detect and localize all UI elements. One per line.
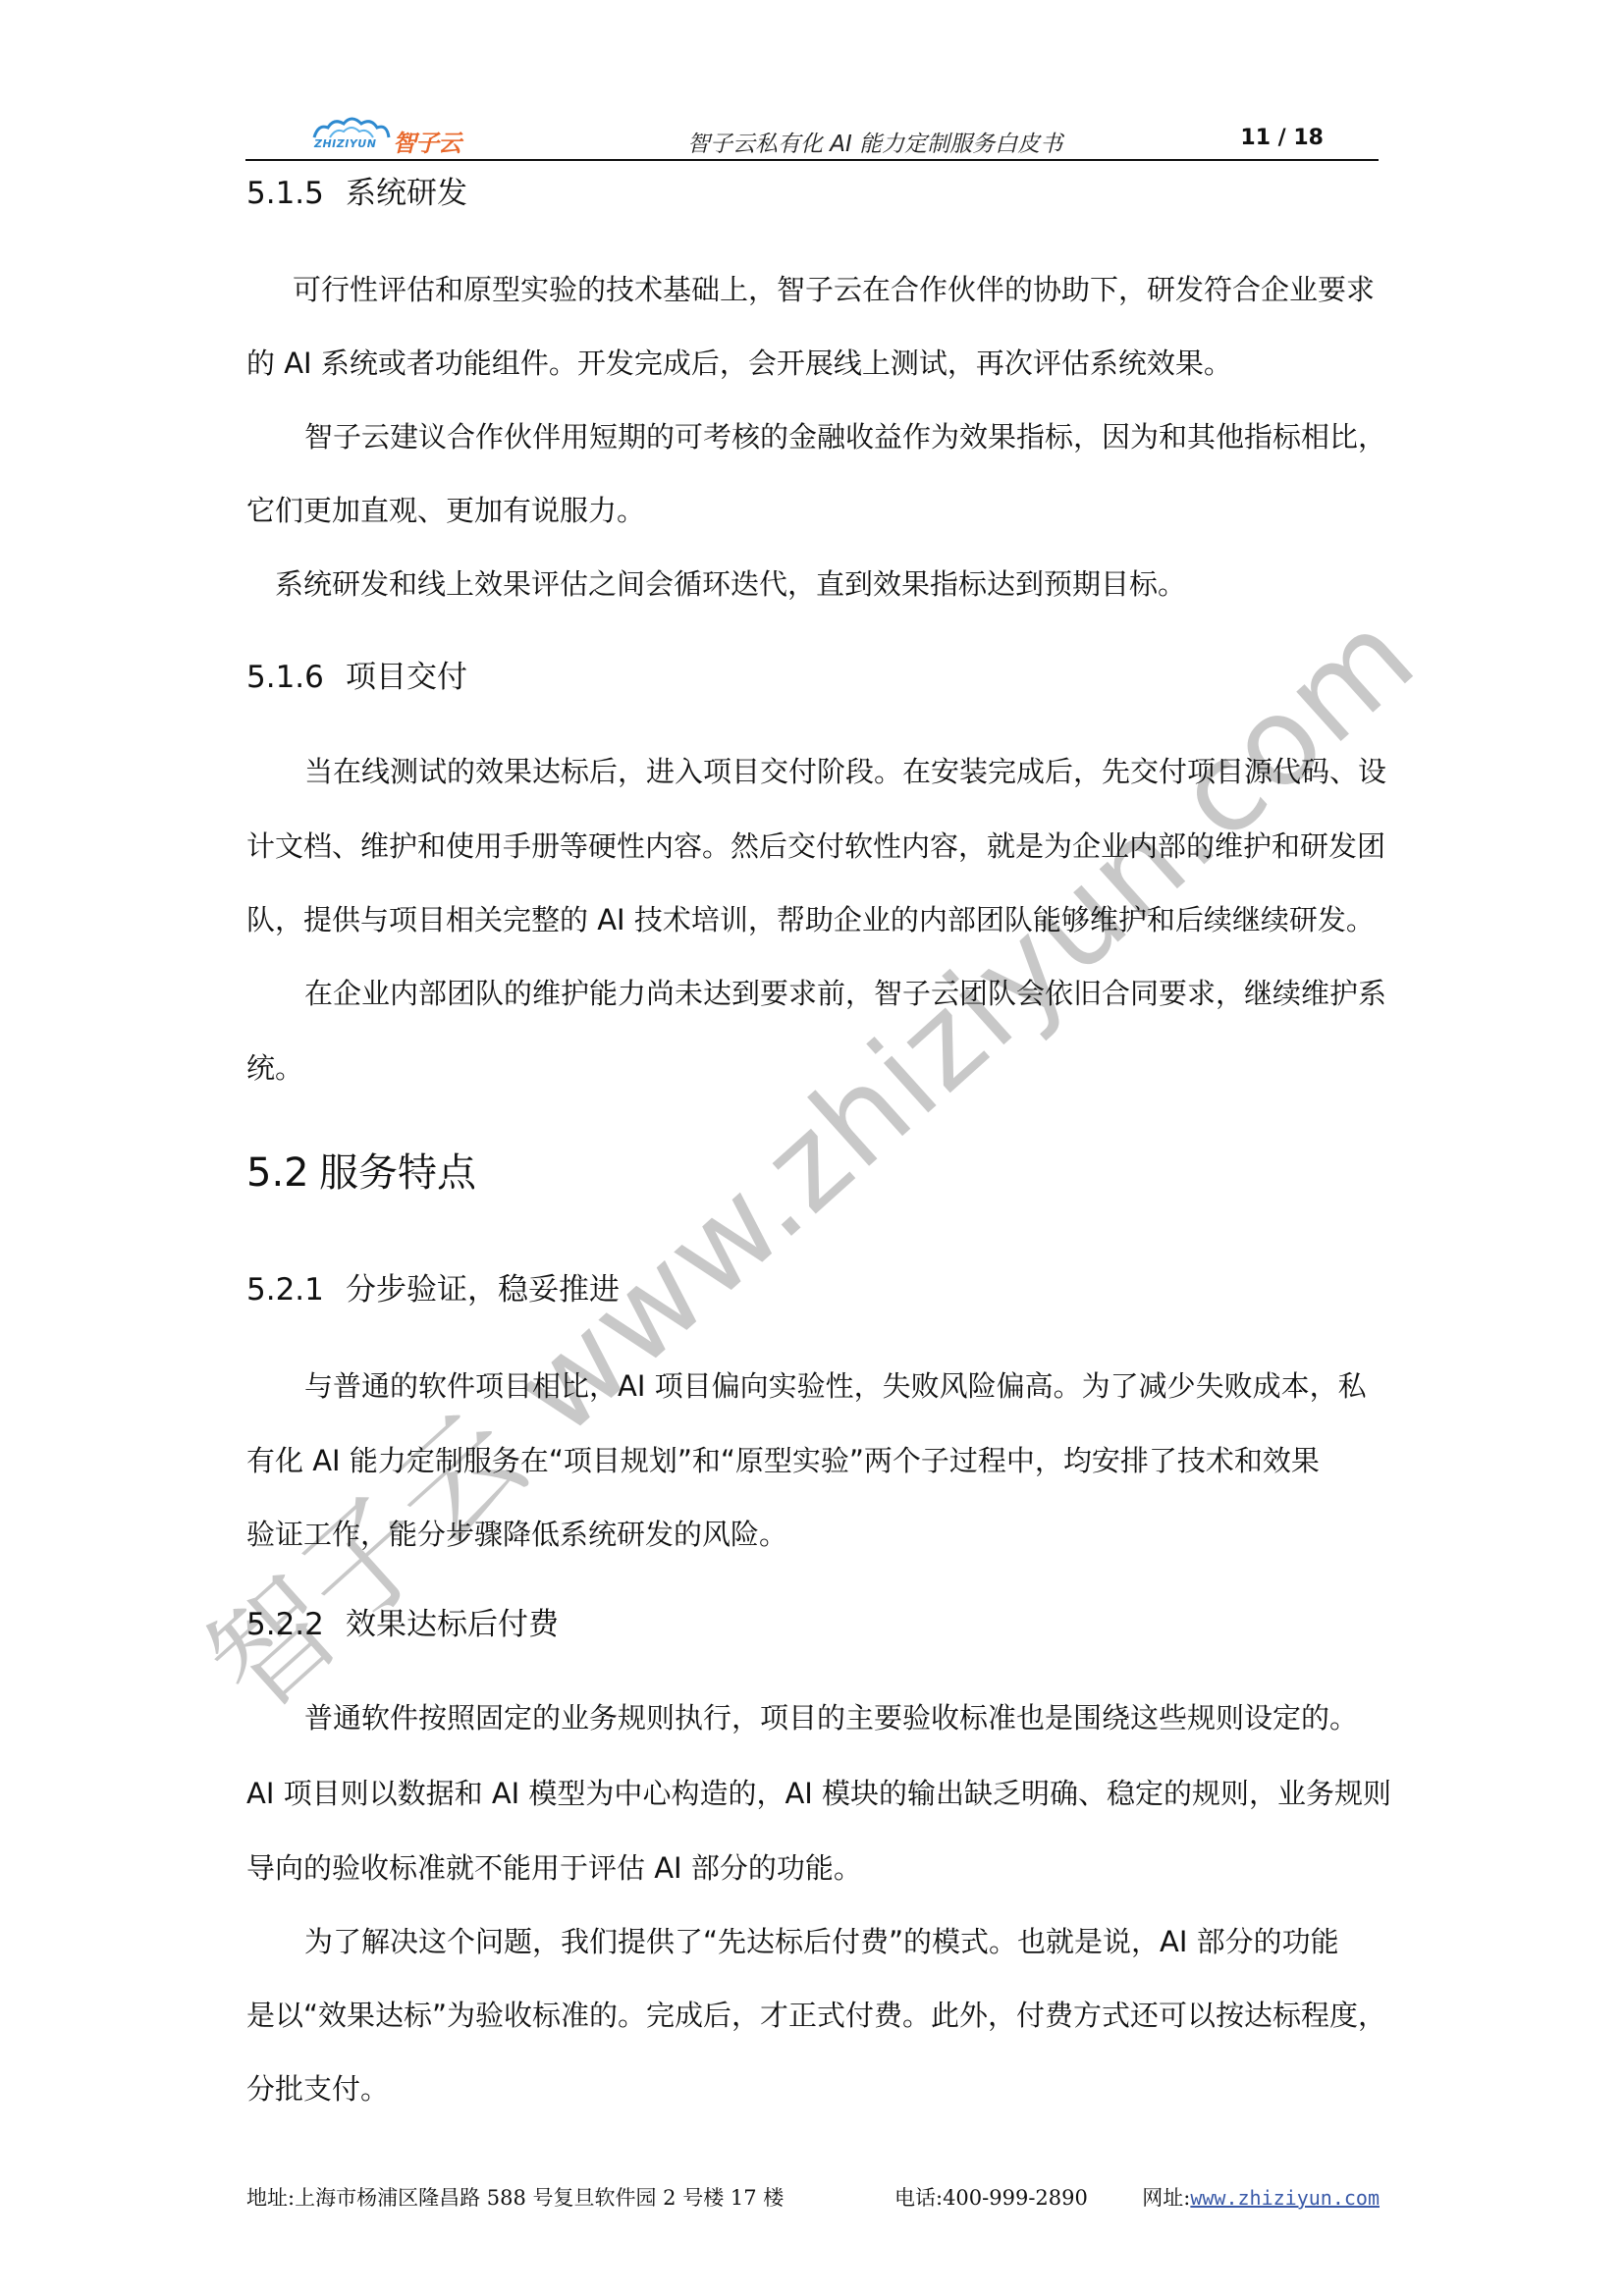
paragraph-line: 的 AI 系统或者功能组件。开发完成后，会开展线上测试，再次评估系统效果。 (246, 346, 1232, 381)
paragraph-line: 在企业内部团队的维护能力尚未达到要求前，智子云团队会依旧合同要求，继续维护系 (304, 976, 1386, 1011)
section-number: 5.1.6 (246, 659, 346, 696)
paragraph-line: 智子云建议合作伙伴用短期的可考核的金融收益作为效果指标，因为和其他指标相比， (304, 419, 1386, 454)
logo-english-text: ZHIZIYUN (314, 137, 376, 150)
paragraph-line: 与普通的软件项目相比，AI 项目偏向实验性，失败风险偏高。为了减少失败成本，私 (304, 1368, 1367, 1404)
section-heading-5-2-2: 5.2.2效果达标后付费 (246, 1606, 559, 1643)
section-number: 5.2 (246, 1150, 319, 1196)
paragraph-line: 是以“效果达标”为验收标准的。完成后，才正式付费。此外，付费方式还可以按达标程度… (246, 1998, 1386, 2033)
section-title: 系统研发 (346, 176, 467, 211)
section-number: 5.1.5 (246, 175, 346, 212)
header-divider (245, 159, 1379, 161)
paragraph-line: 它们更加直观、更加有说服力。 (246, 493, 645, 528)
section-title: 服务特点 (319, 1150, 476, 1196)
section-heading-5-1-6: 5.1.6项目交付 (246, 659, 467, 696)
paragraph-line: 验证工作，能分步骤降低系统研发的风险。 (246, 1517, 787, 1552)
section-number: 5.2.2 (246, 1606, 346, 1643)
company-logo: ZHIZIYUN 智子云 (312, 116, 469, 151)
page-number: 11 / 18 (1240, 126, 1324, 150)
document-page: ZHIZIYUN 智子云 智子云私有化 AI 能力定制服务白皮书 11 / 18… (0, 0, 1624, 2296)
paragraph-line: 统。 (246, 1050, 303, 1086)
paragraph-line: 队，提供与项目相关完整的 AI 技术培训，帮助企业的内部团队能够维护和后续继续研… (246, 902, 1375, 937)
section-title: 项目交付 (346, 660, 467, 695)
paragraph-line: AI 项目则以数据和 AI 模型为中心构造的，AI 模块的输出缺乏明确、稳定的规… (246, 1776, 1391, 1811)
website-link[interactable]: www.zhiziyun.com (1190, 2186, 1380, 2210)
document-title: 智子云私有化 AI 能力定制服务白皮书 (687, 126, 1062, 158)
footer-address: 地址:上海市杨浦区隆昌路 588 号复旦软件园 2 号楼 17 楼 (246, 2182, 784, 2212)
footer-website-label: 网址: (1142, 2186, 1190, 2210)
paragraph-line: 导向的验收标准就不能用于评估 AI 部分的功能。 (246, 1850, 862, 1886)
cloud-logo-icon (312, 116, 391, 139)
section-title: 分步验证，稳妥推进 (346, 1272, 620, 1308)
paragraph-line: 可行性评估和原型实验的技术基础上，智子云在合作伙伴的协助下，研发符合企业要求 (293, 272, 1375, 307)
section-heading-5-2-1: 5.2.1分步验证，稳妥推进 (246, 1271, 620, 1308)
footer-website: 网址:www.zhiziyun.com (1142, 2182, 1380, 2212)
paragraph-line: 有化 AI 能力定制服务在“项目规划”和“原型实验”两个子过程中，均安排了技术和… (246, 1443, 1320, 1478)
logo-chinese-text: 智子云 (393, 124, 460, 158)
paragraph-line: 普通软件按照固定的业务规则执行，项目的主要验收标准也是围绕这些规则设定的。 (304, 1700, 1358, 1735)
footer-phone: 电话:400-999-2890 (894, 2182, 1088, 2212)
section-number: 5.2.1 (246, 1271, 346, 1308)
paragraph-line: 系统研发和线上效果评估之间会循环迭代，直到效果指标达到预期目标。 (275, 566, 1186, 602)
paragraph-line: 为了解决这个问题，我们提供了“先达标后付费”的模式。也就是说，AI 部分的功能 (304, 1924, 1339, 1959)
section-heading-5-2: 5.2服务特点 (246, 1150, 476, 1196)
paragraph-line: 当在线测试的效果达标后，进入项目交付阶段。在安装完成后，先交付项目源代码、设 (304, 754, 1386, 789)
paragraph-line: 分批支付。 (246, 2071, 389, 2107)
section-heading-5-1-5: 5.1.5系统研发 (246, 175, 467, 212)
paragraph-line: 计文档、维护和使用手册等硬性内容。然后交付软性内容，就是为企业内部的维护和研发团 (246, 828, 1385, 864)
section-title: 效果达标后付费 (346, 1607, 559, 1642)
